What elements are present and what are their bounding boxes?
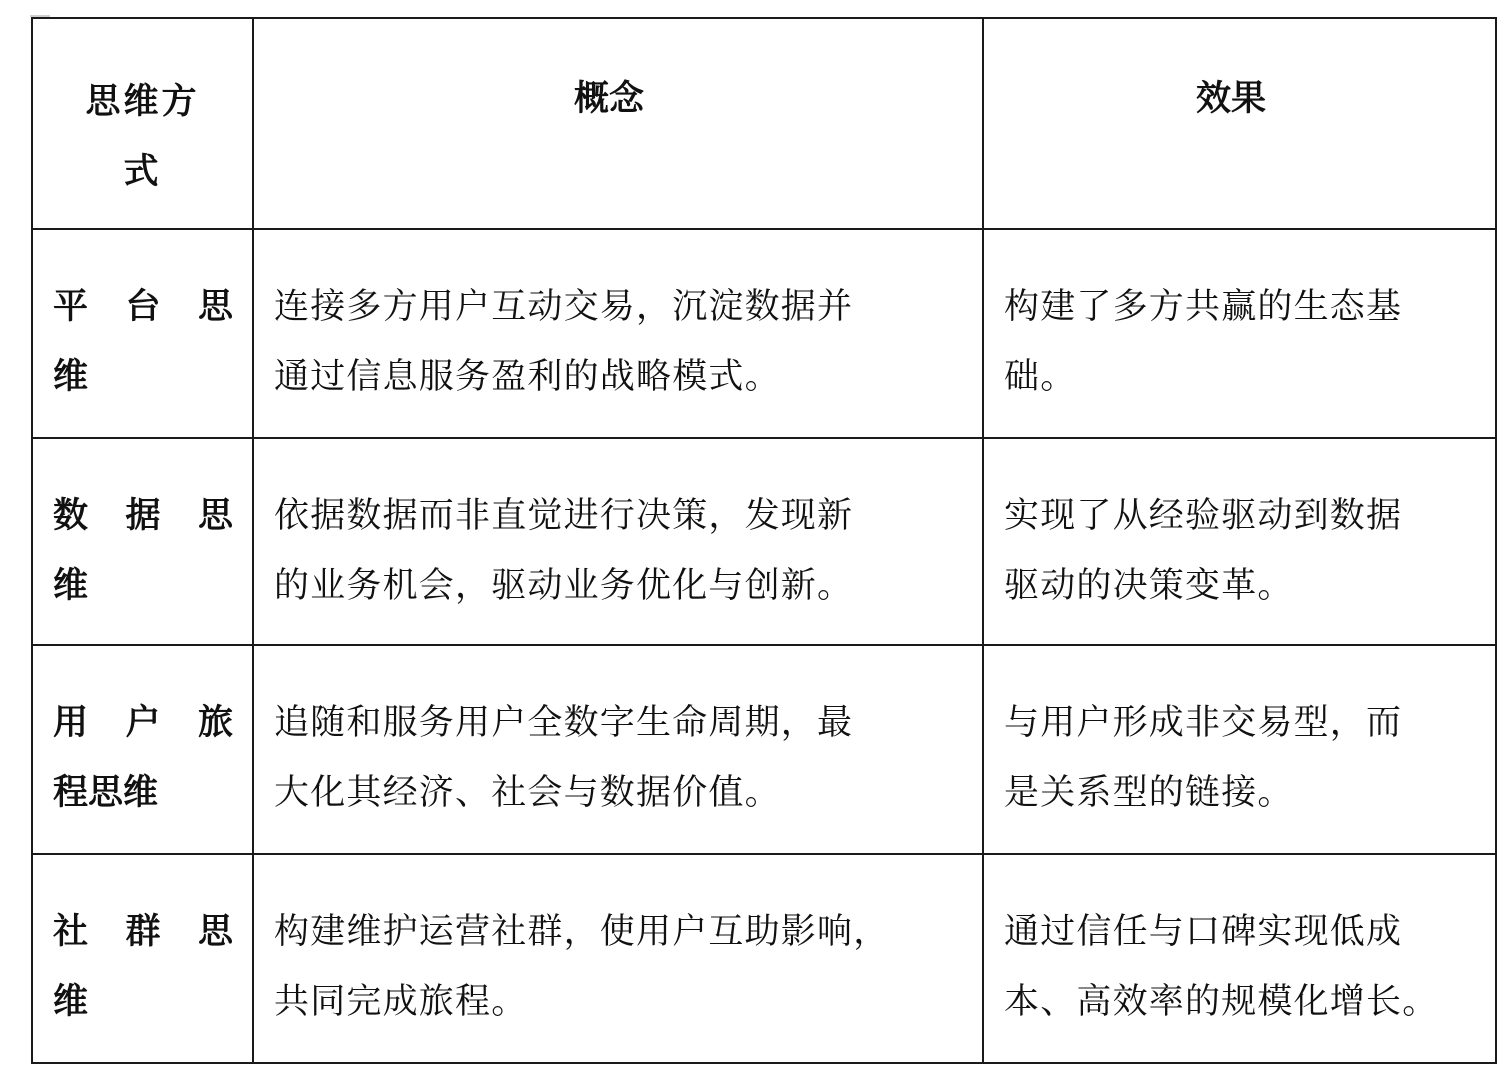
table-row: 平 台 思 维 连接多方用户互动交易，沉淀数据并 通过信息服务盈利的战略模式。 … (32, 229, 1496, 438)
effect-line: 实现了从经验驱动到数据 (1004, 481, 1481, 551)
table-row: 社 群 思 维 构建维护运营社群，使用户互助影响， 共同完成旅程。 通过信任与口… (32, 854, 1496, 1063)
header-row: 思维方 式 概念 效果 (32, 18, 1496, 229)
effect-cell: 构建了多方共赢的生态基 础。 (983, 229, 1496, 438)
label-char: 据 (125, 481, 160, 551)
row-label-platform-thinking: 平 台 思 维 (32, 229, 253, 438)
row-label-community-thinking: 社 群 思 维 (32, 854, 253, 1063)
label-line2: 维 (53, 967, 234, 1037)
concept-cell: 构建维护运营社群，使用户互助影响， 共同完成旅程。 (253, 854, 983, 1063)
effect-line: 础。 (1004, 342, 1481, 412)
effect-line: 是关系型的链接。 (1004, 758, 1481, 828)
header-thinking-mode-line1: 思维方 (49, 67, 236, 137)
concept-line: 连接多方用户互动交易，沉淀数据并 (274, 272, 968, 342)
concept-line: 共同完成旅程。 (274, 967, 968, 1037)
header-thinking-mode: 思维方 式 (32, 18, 253, 229)
effect-line: 构建了多方共赢的生态基 (1004, 272, 1481, 342)
label-char: 思 (198, 897, 233, 967)
concept-cell: 追随和服务用户全数字生命周期，最 大化其经济、社会与数据价值。 (253, 645, 983, 854)
label-line2: 程思维 (53, 758, 234, 828)
label-char: 平 (53, 272, 88, 342)
label-char: 思 (198, 272, 233, 342)
effect-cell: 通过信任与口碑实现低成 本、高效率的规模化增长。 (983, 854, 1496, 1063)
effect-line: 通过信任与口碑实现低成 (1004, 897, 1481, 967)
label-char: 用 (53, 688, 88, 758)
label-char: 数 (53, 481, 88, 551)
label-char: 台 (125, 272, 160, 342)
label-char: 社 (53, 897, 88, 967)
concept-line: 的业务机会，驱动业务优化与创新。 (274, 551, 968, 621)
concept-line: 依据数据而非直觉进行决策，发现新 (274, 481, 968, 551)
label-char: 群 (125, 897, 160, 967)
concept-line: 大化其经济、社会与数据价值。 (274, 758, 968, 828)
label-line2: 维 (53, 551, 234, 621)
label-line2: 维 (53, 342, 234, 412)
concept-line: 通过信息服务盈利的战略模式。 (274, 342, 968, 412)
effect-cell: 与用户形成非交易型，而 是关系型的链接。 (983, 645, 1496, 854)
table-row: 数 据 思 维 依据数据而非直觉进行决策，发现新 的业务机会，驱动业务优化与创新… (32, 438, 1496, 645)
header-concept: 概念 (253, 18, 983, 229)
concept-cell: 连接多方用户互动交易，沉淀数据并 通过信息服务盈利的战略模式。 (253, 229, 983, 438)
row-label-user-journey-thinking: 用 户 旅 程思维 (32, 645, 253, 854)
concept-line: 追随和服务用户全数字生命周期，最 (274, 688, 968, 758)
effect-line: 驱动的决策变革。 (1004, 551, 1481, 621)
concept-cell: 依据数据而非直觉进行决策，发现新 的业务机会，驱动业务优化与创新。 (253, 438, 983, 645)
label-char: 户 (125, 688, 160, 758)
label-char: 旅 (198, 688, 233, 758)
concept-line: 构建维护运营社群，使用户互助影响， (274, 897, 968, 967)
effect-line: 本、高效率的规模化增长。 (1004, 967, 1481, 1037)
table-row: 用 户 旅 程思维 追随和服务用户全数字生命周期，最 大化其经济、社会与数据价值… (32, 645, 1496, 854)
thinking-modes-table: 思维方 式 概念 效果 平 台 思 维 连接多方用户互动交易，沉淀数据并 通过信… (31, 17, 1497, 1064)
label-char: 思 (198, 481, 233, 551)
effect-line: 与用户形成非交易型，而 (1004, 688, 1481, 758)
effect-cell: 实现了从经验驱动到数据 驱动的决策变革。 (983, 438, 1496, 645)
header-thinking-mode-line2: 式 (49, 137, 236, 207)
header-effect: 效果 (983, 18, 1496, 229)
row-label-data-thinking: 数 据 思 维 (32, 438, 253, 645)
